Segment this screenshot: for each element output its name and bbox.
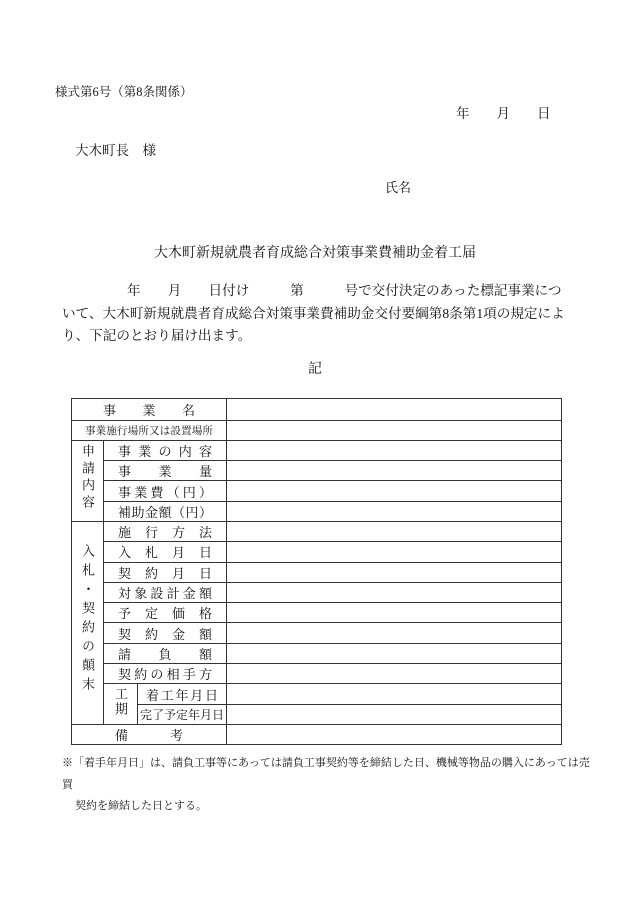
table-row: 対象設計金額 (72, 582, 562, 602)
row-label: 着工年月日 (138, 684, 227, 704)
value-cell (227, 664, 562, 684)
project-name-label: 事業名 (72, 399, 227, 421)
document-title: 大木町新規就農者育成総合対策事業費補助金着工届 (0, 242, 630, 262)
table-row: 契約金額 (72, 623, 562, 643)
table-row: 事業名 (72, 399, 562, 421)
value-cell (227, 643, 562, 663)
table-row: 事業施行場所又は設置場所 (72, 420, 562, 440)
body-paragraph: 年 月 日付け 第 号で交付決定のあった標記事業につ いて、大木町新規就農者育成… (62, 280, 582, 348)
footnote: ※「着手年月日」は、請負工事等にあっては請負工事契約等を締結した日、機械等物品の… (62, 753, 592, 818)
period-group-cell: 工期 (104, 684, 138, 725)
table-row: 工期 着工年月日 (72, 684, 562, 704)
value-cell (227, 704, 562, 724)
value-cell (227, 582, 562, 602)
table-row: 契約の相手方 (72, 664, 562, 684)
table-row: 入札月日 (72, 542, 562, 562)
value-cell (227, 521, 562, 541)
application-group-label: 申請内容 (81, 444, 94, 512)
row-label: 請負額 (104, 643, 227, 663)
row-label: 対象設計金額 (104, 582, 227, 602)
row-label: 契約の相手方 (104, 664, 227, 684)
table-row: 完了予定年月日 (72, 704, 562, 724)
value-cell (227, 684, 562, 704)
row-label: 補助金額（円） (104, 501, 227, 521)
footnote-line: 契約を締結した日とする。 (62, 796, 592, 818)
document-page: 様式第6号（第8条関係） 年 月 日 大木町長 様 氏名 大木町新規就農者育成総… (0, 0, 630, 903)
form-number: 様式第6号（第8条関係） (55, 82, 193, 100)
application-group-cell: 申請内容 (72, 440, 104, 521)
project-name-value-cell (227, 399, 562, 421)
table-row: 事業費（円） (72, 481, 562, 501)
period-group-label: 工期 (114, 687, 127, 717)
value-cell (227, 603, 562, 623)
table-row: 備考 (72, 724, 562, 744)
body-line: いて、大木町新規就農者育成総合対策事業費補助金交付要綱第8条第1項の規定によ (62, 303, 582, 326)
row-label: 契約月日 (104, 562, 227, 582)
record-marker: 記 (0, 358, 630, 378)
location-label: 事業施行場所又は設置場所 (72, 420, 227, 440)
table-row: 請負額 (72, 643, 562, 663)
row-label: 事業量 (104, 461, 227, 481)
date-line: 年 月 日 (456, 102, 551, 122)
body-line: り、下記のとおり届け出ます。 (62, 325, 582, 348)
value-cell (227, 481, 562, 501)
value-cell (227, 542, 562, 562)
table-row: 契約月日 (72, 562, 562, 582)
addressee: 大木町長 様 (75, 139, 156, 159)
name-label: 氏名 (385, 177, 411, 196)
footnote-line: ※「着手年月日」は、請負工事等にあっては請負工事契約等を締結した日、機械等物品の… (62, 753, 592, 796)
remarks-value-cell (227, 724, 562, 744)
row-label: 予定価格 (104, 603, 227, 623)
contract-group-label: 入札・契約の顛末 (81, 544, 94, 696)
row-label: 事業費（円） (104, 481, 227, 501)
row-label: 入札月日 (104, 542, 227, 562)
row-label: 完了予定年月日 (138, 704, 227, 724)
contract-group-cell: 入札・契約の顛末 (72, 521, 104, 724)
table-row: 予定価格 (72, 603, 562, 623)
value-cell (227, 501, 562, 521)
body-line: 年 月 日付け 第 号で交付決定のあった標記事業につ (62, 280, 582, 303)
table-row: 申請内容 事業の内容 (72, 440, 562, 460)
table-row: 補助金額（円） (72, 501, 562, 521)
row-label: 契約金額 (104, 623, 227, 643)
location-value-cell (227, 420, 562, 440)
row-label: 事業の内容 (104, 440, 227, 460)
table-row: 入札・契約の顛末 施行方法 (72, 521, 562, 541)
value-cell (227, 440, 562, 460)
value-cell (227, 623, 562, 643)
table-row: 事業量 (72, 461, 562, 481)
row-label: 施行方法 (104, 521, 227, 541)
form-table: 事業名 事業施行場所又は設置場所 申請内容 事業の内容 事業量 事業費（円） 補… (71, 398, 562, 745)
value-cell (227, 562, 562, 582)
value-cell (227, 461, 562, 481)
remarks-label: 備考 (72, 724, 227, 744)
